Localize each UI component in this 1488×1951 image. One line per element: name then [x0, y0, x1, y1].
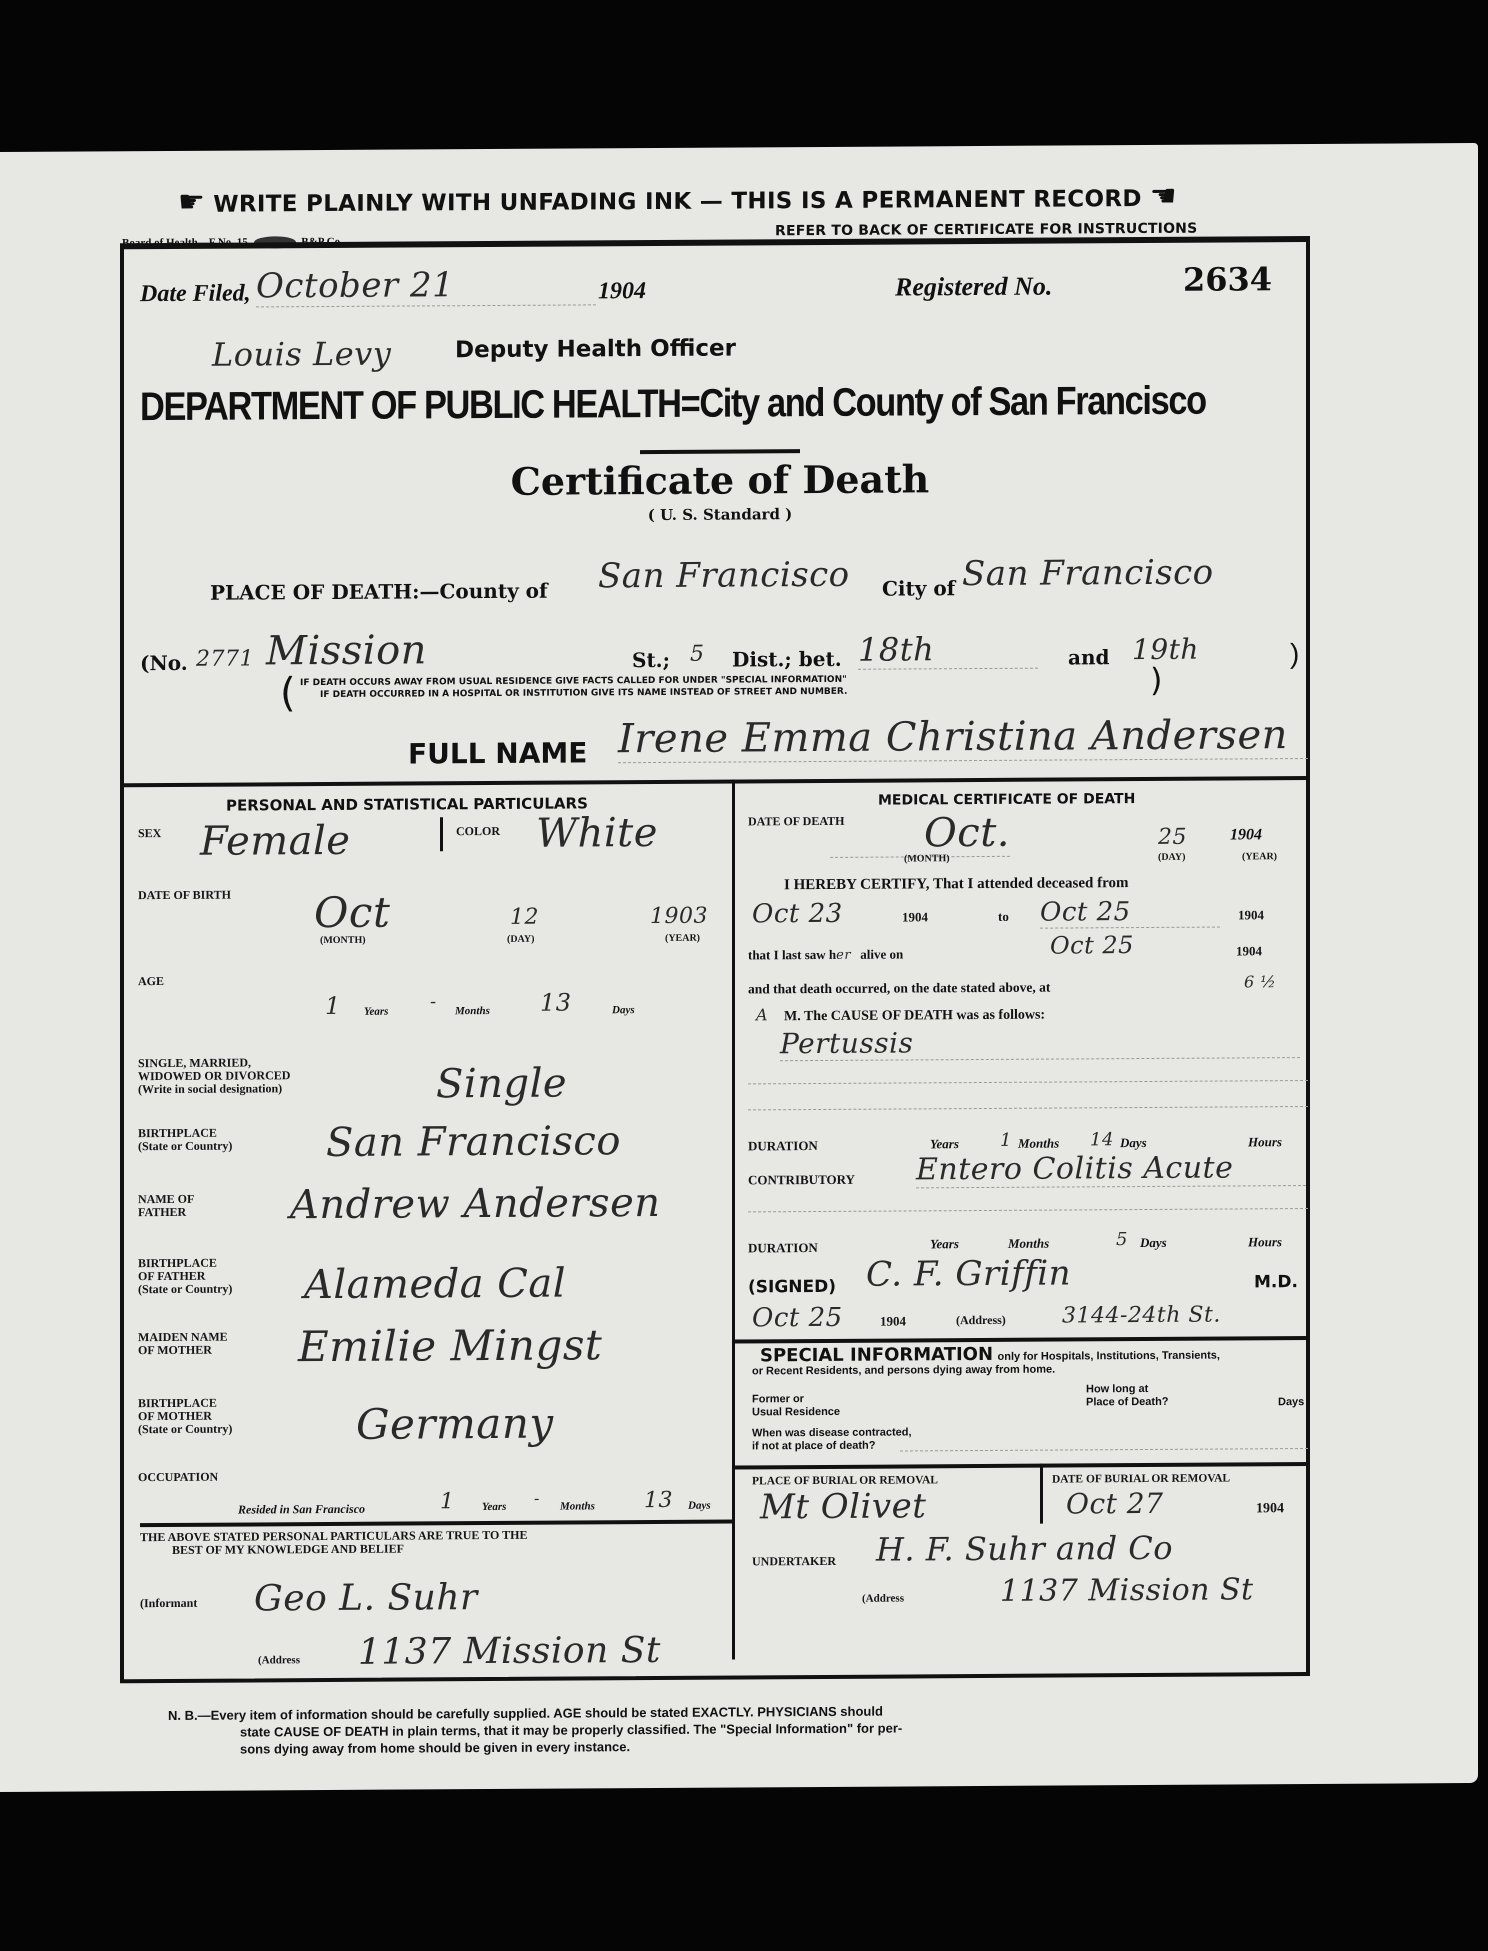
personal-heading: PERSONAL AND STATISTICAL PARTICULARS	[226, 794, 588, 814]
street-no-label: (No.	[140, 651, 188, 675]
last-saw-label: that I last saw her alive on	[748, 946, 903, 963]
sex-label: SEX	[138, 827, 161, 840]
contrib-duration-days: 5	[1116, 1229, 1128, 1250]
death-time: 6 ½	[1244, 972, 1276, 991]
marital-label: SINGLE, MARRIED, WIDOWED OR DIVORCED (Wr…	[138, 1056, 290, 1096]
month-caption: (Month)	[320, 934, 366, 947]
medical-heading: MEDICAL CERTIFICATE OF DEATH	[878, 791, 1135, 809]
district-number: 5	[690, 642, 705, 667]
date-filed-year: 1904	[598, 278, 646, 305]
and-label: and	[1068, 645, 1109, 669]
mother-birthplace-label: BIRTHPLACE OF MOTHER (State or Country)	[138, 1397, 232, 1437]
close-paren: )	[1290, 638, 1299, 670]
dod-day-caption: (Day)	[1158, 851, 1185, 864]
last-saw-date: Oct 25	[1050, 931, 1134, 960]
father-birthplace-label: BIRTHPLACE OF FATHER (State or Country)	[138, 1257, 232, 1297]
burial-column-divider	[1040, 1464, 1043, 1524]
dob-year: 1903	[650, 904, 708, 929]
color-label: COLOR	[456, 825, 500, 838]
pointing-hand-left-icon: ☚	[1150, 179, 1177, 214]
between-street-2: 19th	[1132, 633, 1199, 666]
registered-number: 2634	[1183, 260, 1272, 299]
burial-date-value: Oct 27	[1066, 1487, 1163, 1521]
mother-birthplace-value: Germany	[356, 1399, 554, 1449]
place-city-label: City of	[882, 576, 955, 600]
footnote: N. B.—Every item of information should b…	[168, 1702, 902, 1757]
how-long-label: How long at Place of Death?	[1086, 1383, 1169, 1410]
signed-year: 1904	[880, 1314, 906, 1327]
resided-days: 13	[644, 1488, 673, 1513]
contributory-value: Entero Colitis Acute	[916, 1150, 1306, 1188]
occurred-text: and that death occurred, on the date sta…	[748, 980, 1050, 998]
registered-label: Registered No.	[895, 272, 1052, 303]
signed-label: (SIGNED)	[748, 1277, 836, 1298]
birthplace-label: BIRTHPLACE (State or Country)	[138, 1127, 232, 1154]
year-caption: (Year)	[665, 932, 700, 945]
mother-label: MAIDEN NAME OF MOTHER	[138, 1331, 228, 1358]
contrib-duration-label: DURATION	[748, 1241, 818, 1254]
date-filed-label: Date Filed,	[140, 280, 251, 308]
full-name-value: Irene Emma Christina Andersen	[618, 712, 1308, 763]
between-street-1: 18th	[858, 630, 1038, 670]
mother-bp-label-line-3: (State or Country)	[138, 1423, 232, 1437]
father-bp-label-line-3: (State or Country)	[138, 1283, 232, 1297]
attended-to: Oct 25	[1040, 897, 1220, 929]
contracted-label: When was disease contracted, if not at p…	[752, 1426, 912, 1453]
dod-day: 25	[1158, 825, 1187, 850]
how-long-label-line-2: Place of Death?	[1086, 1396, 1169, 1410]
banner: ☛WRITE PLAINLY WITH UNFADING INK — THIS …	[178, 178, 1258, 220]
contrib-duration-hours-label: Hours	[1248, 1234, 1282, 1250]
contrib-duration-days-label: Days	[1140, 1235, 1167, 1251]
former-label-line-2: Usual Residence	[752, 1406, 840, 1420]
banner-text: WRITE PLAINLY WITH UNFADING INK — THIS I…	[213, 186, 1142, 218]
cause-duration-days: 14	[1090, 1129, 1114, 1150]
last-saw-pronoun: er	[836, 948, 851, 963]
attended-to-year: 1904	[1238, 908, 1264, 921]
father-value: Andrew Andersen	[290, 1180, 661, 1228]
informant-value: Geo L. Suhr	[254, 1577, 478, 1619]
cause-duration-label: DURATION	[748, 1139, 818, 1152]
contracted-label-line-2: if not at place of death?	[752, 1439, 912, 1453]
cause-duration-days-label: Days	[1120, 1135, 1147, 1151]
resided-days-caption: Days	[688, 1500, 711, 1512]
color-value: White	[536, 810, 658, 857]
date-filed-value: October 21	[256, 264, 596, 307]
contracted-label-line-1: When was disease contracted,	[752, 1426, 912, 1440]
birthplace-label-line-2: (State or Country)	[138, 1140, 232, 1154]
resided-years-caption: Years	[482, 1501, 506, 1513]
dob-day: 12	[510, 905, 539, 930]
dod-month-caption: (Month)	[904, 852, 950, 865]
column-divider	[732, 780, 735, 1660]
sex-color-divider	[440, 817, 443, 851]
pointing-hand-right-icon: ☛	[178, 185, 205, 220]
note-paren-open: (	[280, 670, 296, 716]
to-label: to	[998, 910, 1009, 923]
dod-year: 1904	[1230, 826, 1262, 844]
officer-signature: Louis Levy	[212, 335, 391, 374]
district-label: Dist.; bet.	[732, 647, 842, 672]
attended-from: Oct 23	[752, 899, 843, 930]
street-label: St.;	[632, 648, 670, 672]
mother-label-line-2: OF MOTHER	[138, 1344, 228, 1358]
certificate-title: Certificate of Death	[420, 456, 1020, 505]
note-paren-close: )	[1150, 661, 1162, 699]
special-heading-text: SPECIAL INFORMATION	[760, 1344, 993, 1366]
cause-value: Pertussis	[780, 1024, 1300, 1061]
resided-months: -	[534, 1489, 540, 1508]
age-years-caption: Years	[364, 1006, 388, 1018]
mother-value: Emilie Mingst	[298, 1320, 602, 1371]
dod-year-caption: (Year)	[1242, 850, 1277, 863]
father-label: NAME OF FATHER	[138, 1193, 194, 1219]
former-residence-label: Former or Usual Residence	[752, 1393, 840, 1420]
burial-place-value: Mt Olivet	[760, 1486, 926, 1527]
undertaker-address-label: (Address	[862, 1592, 904, 1605]
officer-title: Deputy Health Officer	[455, 336, 736, 364]
street-name: Mission	[266, 627, 427, 674]
signed-address-value: 3144-24th St.	[1062, 1303, 1221, 1329]
cause-duration-hours-label: Hours	[1248, 1134, 1282, 1150]
age-label: AGE	[138, 975, 164, 988]
contrib-duration-months-label: Months	[1008, 1236, 1049, 1252]
dob-label: DATE OF BIRTH	[138, 889, 231, 903]
dod-month: Oct.	[830, 810, 1010, 858]
undertaker-value: H. F. Suhr and Co	[876, 1529, 1173, 1569]
resided-label: Resided in San Francisco	[238, 1502, 365, 1518]
undertaker-address-value: 1137 Mission St	[1000, 1572, 1254, 1609]
cause-duration-months: 1	[1000, 1130, 1012, 1151]
contributory-label: CONTRIBUTORY	[748, 1173, 855, 1187]
footnote-line-3: sons dying away from home should be give…	[168, 1736, 902, 1757]
certificate-subtitle: ( U. S. Standard )	[420, 504, 1020, 526]
footnote-nb: N. B.—	[168, 1708, 211, 1723]
cause-label: M. The CAUSE OF DEATH was as follows:	[784, 1008, 1045, 1026]
birthplace-value: San Francisco	[326, 1118, 621, 1166]
marital-value: Single	[436, 1061, 567, 1108]
md-label: M.D.	[1254, 1272, 1298, 1292]
certificate-paper: ☛WRITE PLAINLY WITH UNFADING INK — THIS …	[0, 143, 1478, 1792]
cause-duration-years-label: Years	[930, 1136, 959, 1152]
father-label-line-2: FATHER	[138, 1206, 194, 1219]
informant-label: (Informant	[140, 1597, 197, 1610]
attended-from-year: 1904	[902, 910, 928, 923]
full-name-label: FULL NAME	[408, 736, 587, 770]
place-of-death-label: PLACE OF DEATH:—County of	[210, 579, 548, 605]
former-label-line-1: Former or	[752, 1393, 840, 1407]
informant-address-value: 1137 Mission St	[358, 1630, 661, 1673]
age-months-caption: Months	[455, 1005, 490, 1017]
place-city: San Francisco	[962, 553, 1214, 595]
last-saw-year: 1904	[1236, 944, 1262, 957]
age-days: 13	[540, 989, 572, 1017]
burial-date-year: 1904	[1256, 1502, 1284, 1515]
cause-duration-months-label: Months	[1018, 1136, 1059, 1152]
marital-label-line-3: (Write in social designation)	[138, 1082, 290, 1096]
street-number: 2771	[196, 646, 254, 671]
how-long-label-line-1: How long at	[1086, 1383, 1169, 1397]
contrib-duration-years-label: Years	[930, 1236, 959, 1252]
age-years: 1	[325, 992, 341, 1020]
informant-address-label: (Address	[258, 1654, 300, 1667]
signed-value: C. F. Griffin	[866, 1253, 1071, 1294]
informant-statement-line-2: BEST OF MY KNOWLEDGE AND BELIEF	[140, 1542, 527, 1557]
day-caption: (Day)	[507, 933, 534, 946]
last-saw-text: that I last saw h	[748, 947, 836, 963]
signed-date: Oct 25	[752, 1303, 843, 1334]
special-heading: SPECIAL INFORMATION only for Hospitals, …	[760, 1343, 1220, 1367]
age-days-caption: Days	[612, 1004, 635, 1016]
burial-date-label: DATE OF BURIAL OR REMOVAL	[1052, 1472, 1230, 1486]
occupation-label: OCCUPATION	[138, 1471, 218, 1484]
age-months: -	[430, 991, 437, 1012]
resided-months-caption: Months	[560, 1500, 595, 1512]
department-title: DEPARTMENT OF PUBLIC HEALTH=City and Cou…	[140, 379, 1206, 431]
certify-text: I HEREBY CERTIFY, That I attended deceas…	[784, 875, 1129, 894]
informant-statement: THE ABOVE STATED PERSONAL PARTICULARS AR…	[140, 1529, 527, 1557]
dob-month: Oct	[314, 888, 390, 937]
father-birthplace-value: Alameda Cal	[304, 1261, 566, 1309]
sex-value: Female	[200, 818, 350, 865]
alive-on-text: alive on	[860, 946, 903, 961]
special-heading-note-2: or Recent Residents, and persons dying a…	[752, 1364, 1055, 1378]
signed-address-label: (Address)	[956, 1314, 1006, 1327]
special-heading-note: only for Hospitals, Institutions, Transi…	[998, 1350, 1220, 1363]
place-county: San Francisco	[598, 555, 850, 597]
how-long-days-label: Days	[1278, 1396, 1304, 1408]
undertaker-label: UNDERTAKER	[752, 1555, 836, 1569]
death-ampm: A	[756, 1005, 768, 1024]
resided-years: 1	[440, 1489, 455, 1514]
